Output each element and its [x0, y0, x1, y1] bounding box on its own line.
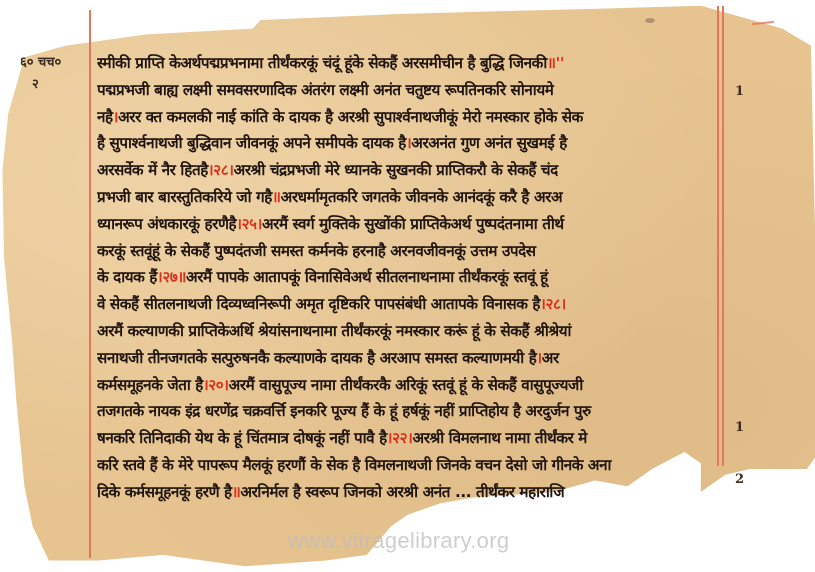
line-text: करकूं स्तवूंहूं के सेकहैं पुष्पदंतजी समस… [97, 242, 536, 260]
line-text: कर्मसमूहनके जेता है [97, 376, 203, 394]
manuscript-text-block: स्मीकी प्राप्ति केअर्थपद्मप्रभनामा तीर्थ… [97, 50, 712, 506]
manuscript-line: स्मीकी प्राप्ति केअर्थपद्मप्रभनामा तीर्थ… [97, 50, 712, 77]
line-text: षनकरि तिनिदाकी येथ के हूं चिंतमात्र दोषक… [97, 429, 387, 447]
line-text: तजगतके नायक इंद्र धरणेंद्र चक्रवर्त्ति इ… [97, 402, 591, 420]
line-text: सनाथजी तीनजगतके सत्पुरुषनकै कल्याणके दाय… [97, 349, 536, 367]
line-text: अर [542, 349, 559, 367]
manuscript-line: पद्मप्रभजी बाह्य लक्ष्मी समवसरणादिक अंतर… [97, 77, 712, 104]
line-text: नहै [97, 108, 113, 126]
manuscript-line: दिके कर्मसमूहनकूं हरणै है॥अरनिर्मल है स्… [97, 479, 712, 506]
rubric-marker: ।२८। [208, 161, 234, 179]
rubric-marker: ।२८। [540, 295, 566, 313]
folio-label: ६० चच० [20, 52, 84, 74]
manuscript-line: तजगतके नायक इंद्र धरणेंद्र चक्रवर्त्ति इ… [97, 398, 712, 425]
line-text: वे सेकहैं सीतलनाथजी दिव्यध्वनिरूपी अमृत … [97, 295, 540, 313]
manuscript-line: ध्यानरूप अंधकारकूं हरणैहै।२५।अरमैं स्वर्… [97, 211, 712, 238]
line-text: अरअनंत गुण अनंत सुखमई है [411, 134, 567, 152]
line-text: अरसर्वेक में नैर हितहै [97, 161, 208, 179]
line-text: ध्यानरूप अंधकारकूं हरणैहै [97, 215, 236, 233]
manuscript-line: अरमैं कल्याणकी प्राप्तिकेअर्थि श्रेयांसन… [97, 318, 712, 345]
right-margin-mark: 1 [735, 420, 744, 435]
rubric-marker: ।२२। [387, 429, 413, 447]
manuscript-scan: ६० चच० २ 1 1 2 स्मीकी प्राप्ति केअर्थपद्… [0, 0, 815, 572]
manuscript-line: वे सेकहैं सीतलनाथजी दिव्यध्वनिरूपी अमृत … [97, 291, 712, 318]
line-text: अरमैं पापके आतापकूं विनासिवेअर्थ सीतलनाथ… [186, 268, 548, 286]
manuscript-line: प्रभजी बार बारस्तुतिकरिये जो गहै॥अरधर्मा… [97, 184, 712, 211]
line-text: करि स्तवे हैं के मेरे पापरूप मैलकूं हरणौ… [97, 456, 611, 474]
ink-smudge [645, 18, 655, 23]
line-text: प्रभजी बार बारस्तुतिकरिये जो गहै [97, 188, 272, 206]
manuscript-line: सनाथजी तीनजगतके सत्पुरुषनकै कल्याणके दाय… [97, 345, 712, 372]
manuscript-line: षनकरि तिनिदाकी येथ के हूं चिंतमात्र दोषक… [97, 425, 712, 452]
right-margin-rule-inner [722, 6, 724, 466]
manuscript-line: करि स्तवे हैं के मेरे पापरूप मैलकूं हरणौ… [97, 452, 712, 479]
manuscript-line: करकूं स्तवूंहूं के सेकहैं पुष्पदंतजी समस… [97, 238, 712, 265]
line-text: अरर क्त कमलकी नाई कांति के दायक है अरश्र… [118, 108, 583, 126]
folio-number: २ [20, 74, 84, 96]
manuscript-line: है सुपार्श्वनाथजी बुद्धिवान जीवनकूं अपने… [97, 130, 712, 157]
rubric-marker: ॥ [272, 188, 281, 206]
rubric-marker: '' [556, 54, 565, 72]
left-margin-rule [89, 10, 91, 558]
line-text: अरधर्मामृतकरि जगतके जीवनके आनंदकूं करै ह… [281, 188, 563, 206]
manuscript-line: कर्मसमूहनके जेता है।२०।अरमैं वासुपूज्य न… [97, 372, 712, 399]
rubric-marker: ।२७॥ [157, 268, 186, 286]
line-text: के दायक हैं [97, 268, 157, 286]
line-text: अरश्री विमलनाथ नामा तीर्थंकर मे [412, 429, 587, 447]
line-text: अरमैं स्वर्ग मुक्तिके सुखोंकी प्राप्तिके… [262, 215, 564, 233]
manuscript-line: नहै।अरर क्त कमलकी नाई कांति के दायक है अ… [97, 104, 712, 131]
line-text: पद्मप्रभजी बाह्य लक्ष्मी समवसरणादिक अंतर… [97, 81, 553, 99]
watermark: www.vitragelibrary.org [288, 528, 509, 554]
line-text: अरमैं वासुपूज्य नामा तीर्थंकरकै अरिकूं स… [229, 376, 583, 394]
manuscript-line: अरसर्वेक में नैर हितहै।२८।अरश्री चंद्रप्… [97, 157, 712, 184]
line-text: स्मीकी प्राप्ति केअर्थपद्मप्रभनामा तीर्थ… [97, 54, 547, 72]
line-text: अरमैं कल्याणकी प्राप्तिकेअर्थि श्रेयांसन… [97, 322, 571, 340]
line-text: अरनिर्मल है स्वरूप जिनको अरश्री अनंत ...… [240, 483, 564, 501]
line-text: है सुपार्श्वनाथजी बुद्धिवान जीवनकूं अपने… [97, 134, 406, 152]
line-text: अरश्री चंद्रप्रभजी मेरे ध्यानके सुखनकी प… [234, 161, 558, 179]
rubric-marker: ।२५। [236, 215, 262, 233]
right-margin-mark: 2 [735, 472, 744, 487]
rubric-marker: ॥ [547, 54, 556, 72]
manuscript-line: के दायक हैं।२७॥अरमैं पापके आतापकूं विनास… [97, 264, 712, 291]
left-margin: ६० चच० २ [20, 52, 84, 96]
rubric-marker: ।२०। [203, 376, 229, 394]
right-margin-mark: 1 [735, 84, 744, 99]
right-margin-rule [717, 6, 719, 466]
line-text: दिके कर्मसमूहनकूं हरणै है [97, 483, 232, 501]
